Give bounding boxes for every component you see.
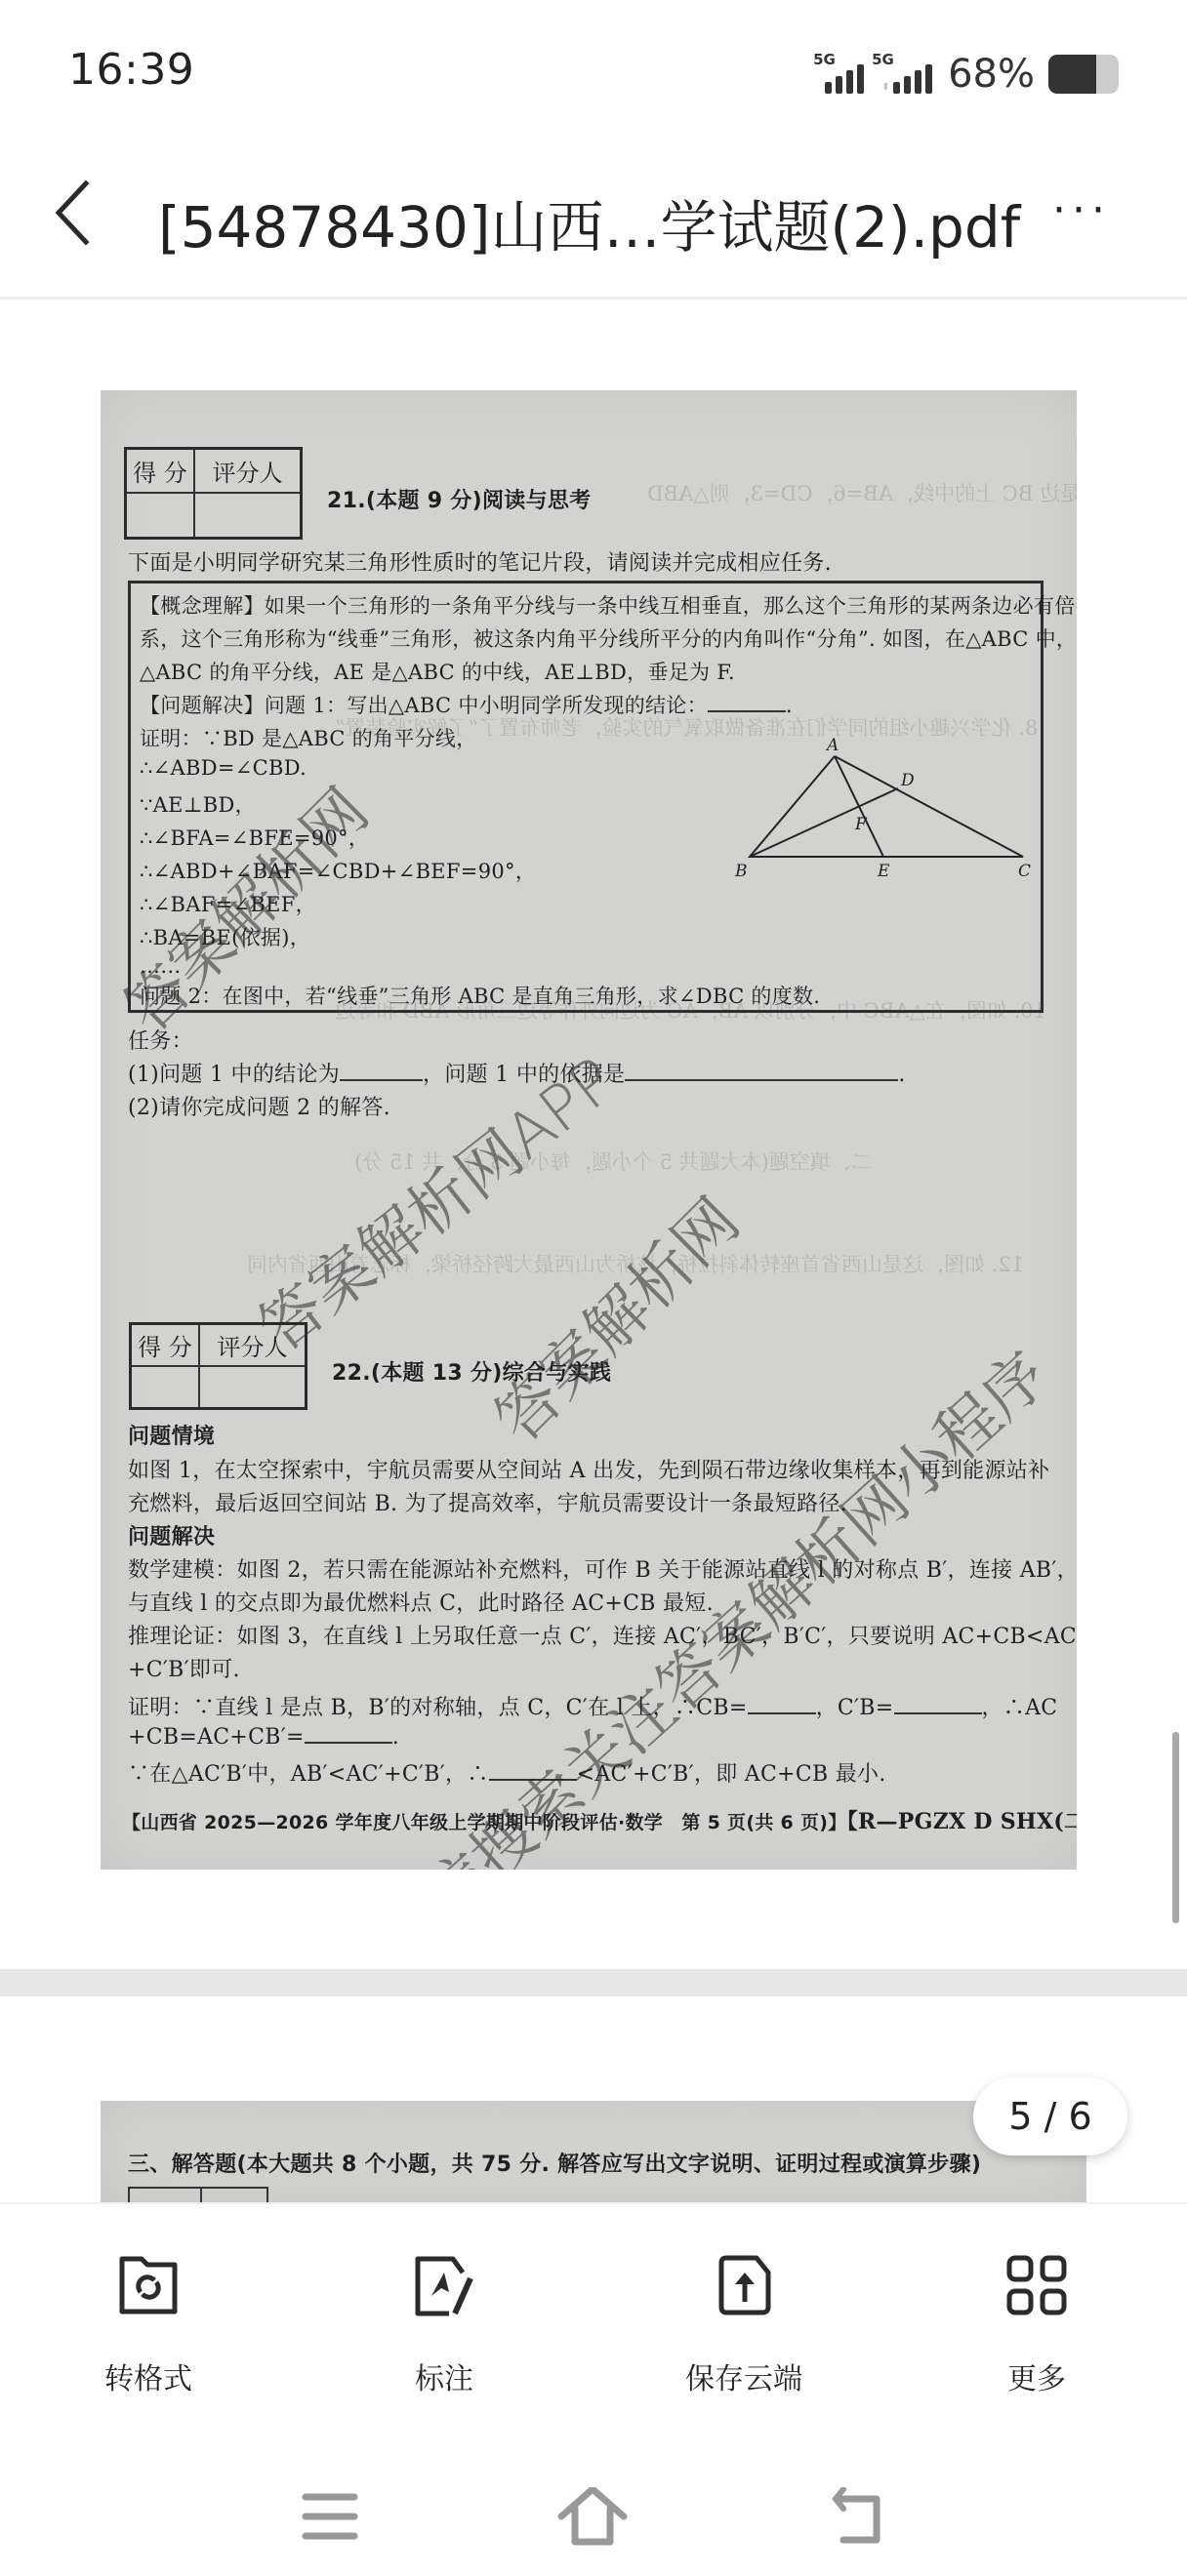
toolbar-label: 更多 bbox=[939, 2355, 1134, 2397]
box-line: 【概念理解】如果一个三角形的一条角平分线与一条中线互相垂直，那么这个三角形的某两… bbox=[140, 590, 1077, 620]
page-separator bbox=[0, 1969, 1187, 1996]
answer-blank bbox=[894, 1695, 982, 1714]
situation-line: 如图 1，在太空探索中，宇航员需要从空间站 A 出发，先到陨石带边缘收集样本，再… bbox=[128, 1454, 1049, 1484]
back-nav-button[interactable] bbox=[820, 2487, 898, 2546]
score-cell bbox=[126, 493, 195, 539]
network-type-label: 5G bbox=[872, 51, 894, 68]
box-line: 问题 2：在图中，若“线垂”三角形 ABC 是直角三角形，求∠DBC 的度数. bbox=[140, 981, 820, 1010]
answer-blank bbox=[708, 693, 786, 712]
triangle-figure: A B C D E F bbox=[725, 737, 1038, 883]
grader-header: 评分人 bbox=[194, 449, 302, 493]
box-line: △ABC 的角平分线，AE 是△ABC 的中线，AE⊥BD，垂足为 F. bbox=[140, 657, 735, 686]
home-nav-button[interactable] bbox=[553, 2487, 632, 2546]
save-cloud-button[interactable]: 保存云端 bbox=[646, 2253, 841, 2397]
more-button[interactable]: 更多 bbox=[939, 2253, 1134, 2397]
menu-nav-button[interactable] bbox=[291, 2487, 369, 2546]
situation-line: 充燃料，最后返回空间站 B. 为了提高效率，宇航员需要设计一条最短路径. bbox=[128, 1487, 847, 1517]
watermark: 答案解析网 bbox=[471, 1175, 756, 1459]
score-table bbox=[128, 2187, 202, 2202]
score-table: 得 分评分人 bbox=[124, 447, 303, 540]
proof-line: ∵在△AC′B′中，AB′<AC′+C′B′，∴<AC′+C′B′，即 AC+C… bbox=[128, 1757, 886, 1788]
more-options-button[interactable]: ··· bbox=[1052, 191, 1121, 230]
box-line: ∴∠BAF=∠BEF， bbox=[140, 889, 316, 918]
solve-line: 数学建模：如图 2，若只需在能源站补充燃料，可作 B 关于能源站直线 l 的对称… bbox=[128, 1553, 1077, 1584]
q21-intro: 下面是小明同学研究某三角形性质时的笔记片段，请阅读并完成相应任务. bbox=[128, 546, 832, 577]
battery-percent: 68% bbox=[948, 55, 1035, 94]
page-indicator: 5 / 6 bbox=[973, 2077, 1127, 2155]
box-line: ∴∠BFA=∠BFE=90°， bbox=[140, 823, 369, 852]
score-header: 得 分 bbox=[131, 1324, 200, 1366]
box-line: …… bbox=[140, 954, 182, 978]
answer-blank bbox=[305, 1724, 392, 1744]
signal-sim1-icon: 5G bbox=[813, 51, 864, 94]
cloud-save-icon bbox=[712, 2253, 776, 2317]
svg-text:C: C bbox=[1018, 862, 1031, 881]
svg-text:A: A bbox=[825, 737, 839, 755]
answer-blank bbox=[489, 1761, 577, 1781]
grader-cell bbox=[198, 2187, 268, 2202]
answer-blank bbox=[748, 1695, 816, 1714]
grader-header: 评分人 bbox=[199, 1324, 307, 1366]
pdf-page-5[interactable]: 7. 如图，△ABC 的周长是 16，AD 是边 BC 上的中线，AB=6，CD… bbox=[101, 390, 1077, 1870]
grader-cell bbox=[194, 493, 302, 539]
box-line: ∴BA=BE(依据)， bbox=[140, 922, 310, 951]
document-title: [54878430]山西…学试题(2).pdf bbox=[158, 181, 1020, 263]
section-heading: 三、解答题(本大题共 8 个小题，共 75 分. 解答应写出文字说明、证明过程或… bbox=[128, 2148, 981, 2178]
system-navigation-bar bbox=[0, 2487, 1187, 2546]
svg-text:E: E bbox=[877, 862, 890, 881]
score-cell bbox=[131, 1366, 200, 1409]
solve-title: 问题解决 bbox=[128, 1520, 215, 1550]
status-time: 16:39 bbox=[68, 45, 194, 95]
toolbar-label: 转格式 bbox=[51, 2355, 246, 2397]
box-line: ∴∠ABD=∠CBD. bbox=[140, 756, 307, 780]
svg-text:B: B bbox=[734, 862, 748, 881]
annotate-button[interactable]: 标注 bbox=[347, 2253, 542, 2397]
convert-format-icon bbox=[116, 2253, 181, 2317]
signal-sim2-icon: 5G ⬍ bbox=[872, 51, 932, 94]
pdf-page-6[interactable]: 三、解答题(本大题共 8 个小题，共 75 分. 解答应写出文字说明、证明过程或… bbox=[101, 2101, 1086, 2202]
battery-icon bbox=[1048, 55, 1119, 94]
box-line: ∵AE⊥BD， bbox=[140, 789, 256, 819]
more-horizontal-icon: ··· bbox=[1052, 185, 1111, 235]
annotate-icon bbox=[412, 2253, 476, 2317]
toolbar-label: 标注 bbox=[347, 2355, 542, 2397]
box-line: 系，这个三角形称为“线垂”三角形，被这条内角平分线所平分的内角叫作“分角”. 如… bbox=[140, 624, 1077, 653]
score-table: 得 分评分人 bbox=[129, 1322, 307, 1410]
task-2: (2)请你完成问题 2 的解答. bbox=[128, 1091, 390, 1121]
back-icon bbox=[820, 2487, 898, 2546]
q21-heading: 21.(本题 9 分)阅读与思考 bbox=[327, 484, 592, 514]
back-button[interactable] bbox=[47, 176, 105, 250]
score-header: 得 分 bbox=[126, 449, 195, 493]
box-line: ∴∠ABD+∠BAF=∠CBD+∠BEF=90°， bbox=[140, 856, 536, 885]
task-1: (1)问题 1 中的结论为，问题 1 中的依据是. bbox=[128, 1058, 906, 1088]
solve-line: 与直线 l 的交点即为最优燃料点 C，此时路径 AC+CB 最短. bbox=[128, 1587, 714, 1617]
situation-title: 问题情境 bbox=[128, 1420, 215, 1450]
grid-more-icon bbox=[1004, 2253, 1069, 2317]
tasks-title: 任务： bbox=[128, 1025, 193, 1055]
bottom-toolbar: 转格式 标注 保存云端 更多 bbox=[0, 2202, 1187, 2576]
convert-format-button[interactable]: 转格式 bbox=[51, 2253, 246, 2397]
proof-line: 证明：∵直线 l 是点 B，B′的对称轴，点 C，C′在 l 上，∴CB=，C′… bbox=[128, 1691, 1057, 1721]
divider bbox=[0, 297, 1187, 300]
svg-text:F: F bbox=[854, 815, 868, 834]
box-line: 证明：∵BD 是△ABC 的角平分线， bbox=[140, 723, 477, 752]
page-footer: 【山西省 2025—2026 学年度八年级上学期期中阶段评估·数学 第 5 页(… bbox=[122, 1805, 1077, 1835]
grader-cell bbox=[199, 1366, 307, 1409]
scrollbar[interactable] bbox=[1172, 1732, 1179, 1923]
status-icons: 5G 5G ⬍ 68% bbox=[813, 51, 1119, 94]
q22-heading: 22.(本题 13 分)综合与实践 bbox=[332, 1356, 611, 1387]
toolbar-label: 保存云端 bbox=[646, 2355, 841, 2397]
solve-line: 推理论证：如图 3，在直线 l 上另取任意一点 C′，连接 AC′，BC′，B′… bbox=[128, 1620, 1077, 1650]
svg-text:D: D bbox=[900, 771, 915, 790]
menu-icon bbox=[291, 2487, 369, 2546]
answer-blank bbox=[625, 1062, 898, 1081]
box-line: 【问题解决】问题 1：写出△ABC 中小明同学所发现的结论：. bbox=[140, 690, 793, 719]
solve-line: +C′B′即可. bbox=[128, 1653, 240, 1683]
home-icon bbox=[553, 2487, 632, 2546]
chevron-left-icon bbox=[47, 176, 105, 250]
answer-blank bbox=[340, 1062, 423, 1081]
proof-line: +CB=AC+CB′=. bbox=[128, 1724, 399, 1750]
